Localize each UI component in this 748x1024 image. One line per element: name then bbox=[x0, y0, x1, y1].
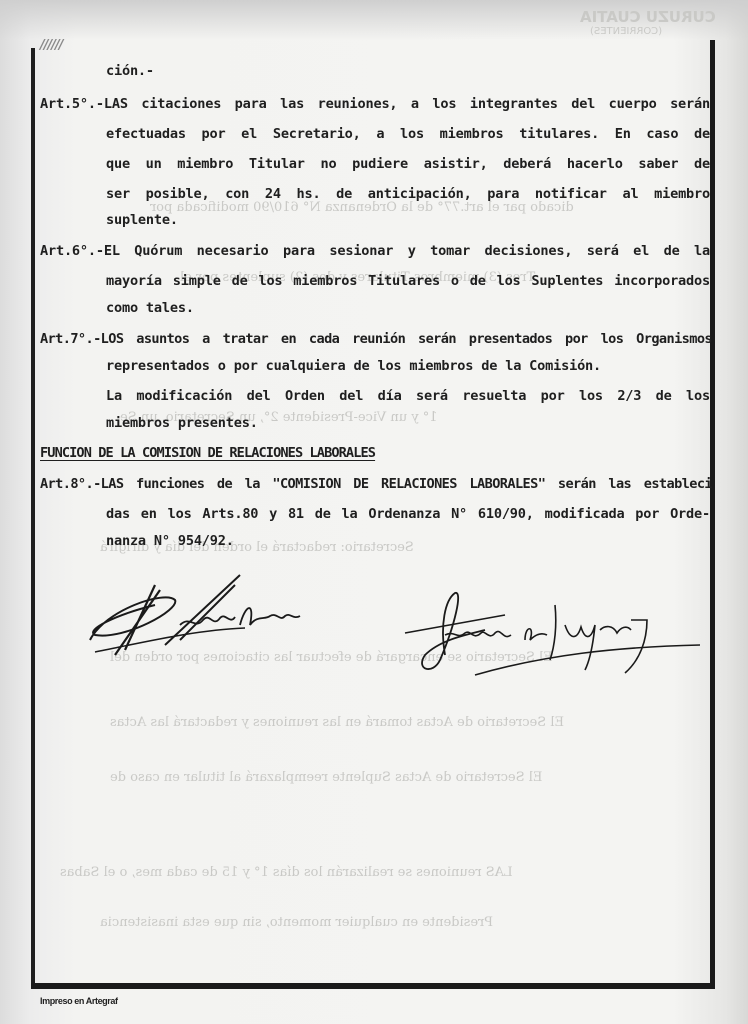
page-frame-right bbox=[710, 40, 715, 988]
text-line: La modificación del Orden del día será r… bbox=[106, 388, 710, 404]
article-8-heading-line: Art.8°.-LAS funciones de la "COMISION DE… bbox=[40, 476, 712, 492]
text-line: ción.- bbox=[106, 63, 154, 79]
page-frame-bottom bbox=[31, 983, 715, 989]
text-line: mayoría simple de los miembros Titulares… bbox=[106, 273, 710, 289]
bleed-through-text: El Secretario de Actas Suplente reemplaz… bbox=[110, 770, 542, 785]
article-7-heading-line: Art.7°.-LOS asuntos a tratar en cada reu… bbox=[40, 331, 712, 347]
text-line: que un miembro Titular no pudiere asisti… bbox=[106, 156, 710, 172]
text-line: das en los Arts.80 y 81 de la Ordenanza … bbox=[106, 506, 710, 522]
text-line: como tales. bbox=[106, 300, 194, 316]
section-heading: FUNCION DE LA COMISION DE RELACIONES LAB… bbox=[40, 445, 375, 461]
text-line: suplente. bbox=[106, 212, 178, 228]
text-line: miembros presentes. bbox=[106, 415, 258, 431]
bleed-through-stamp-province: (CORRIENTES) bbox=[590, 26, 662, 37]
bleed-through-text: LAS reuniones se realizarán los días 1° … bbox=[60, 865, 513, 880]
signature-left bbox=[85, 570, 345, 670]
bleed-through-text: Presidente en cualquier momento, sin que… bbox=[100, 915, 493, 930]
bleed-through-stamp-city: CURUZU CUATIA bbox=[580, 8, 716, 26]
printer-imprint: Impreso en Artegraf bbox=[40, 996, 118, 1006]
text-line: ser posible, con 24 hs. de anticipación,… bbox=[106, 186, 710, 202]
article-5-heading-line: Art.5°.-LAS citaciones para las reunione… bbox=[40, 96, 710, 112]
article-6-heading-line: Art.6°.-EL Quórum necesario para sesiona… bbox=[40, 243, 710, 259]
text-line: nanza N° 954/92. bbox=[106, 533, 234, 549]
signature-right bbox=[385, 585, 705, 685]
margin-hash-marks: ////// bbox=[40, 38, 63, 53]
bleed-through-text: dicado par el art.77° de la Ordenanza N°… bbox=[150, 200, 574, 215]
text-line: efectuadas por el Secretario, a los miem… bbox=[106, 126, 710, 142]
text-line: representados o por cualquiera de los mi… bbox=[106, 358, 601, 374]
bleed-through-text: El Secretario de Actas tomará en las reu… bbox=[110, 715, 564, 730]
page-frame-left bbox=[31, 48, 35, 988]
